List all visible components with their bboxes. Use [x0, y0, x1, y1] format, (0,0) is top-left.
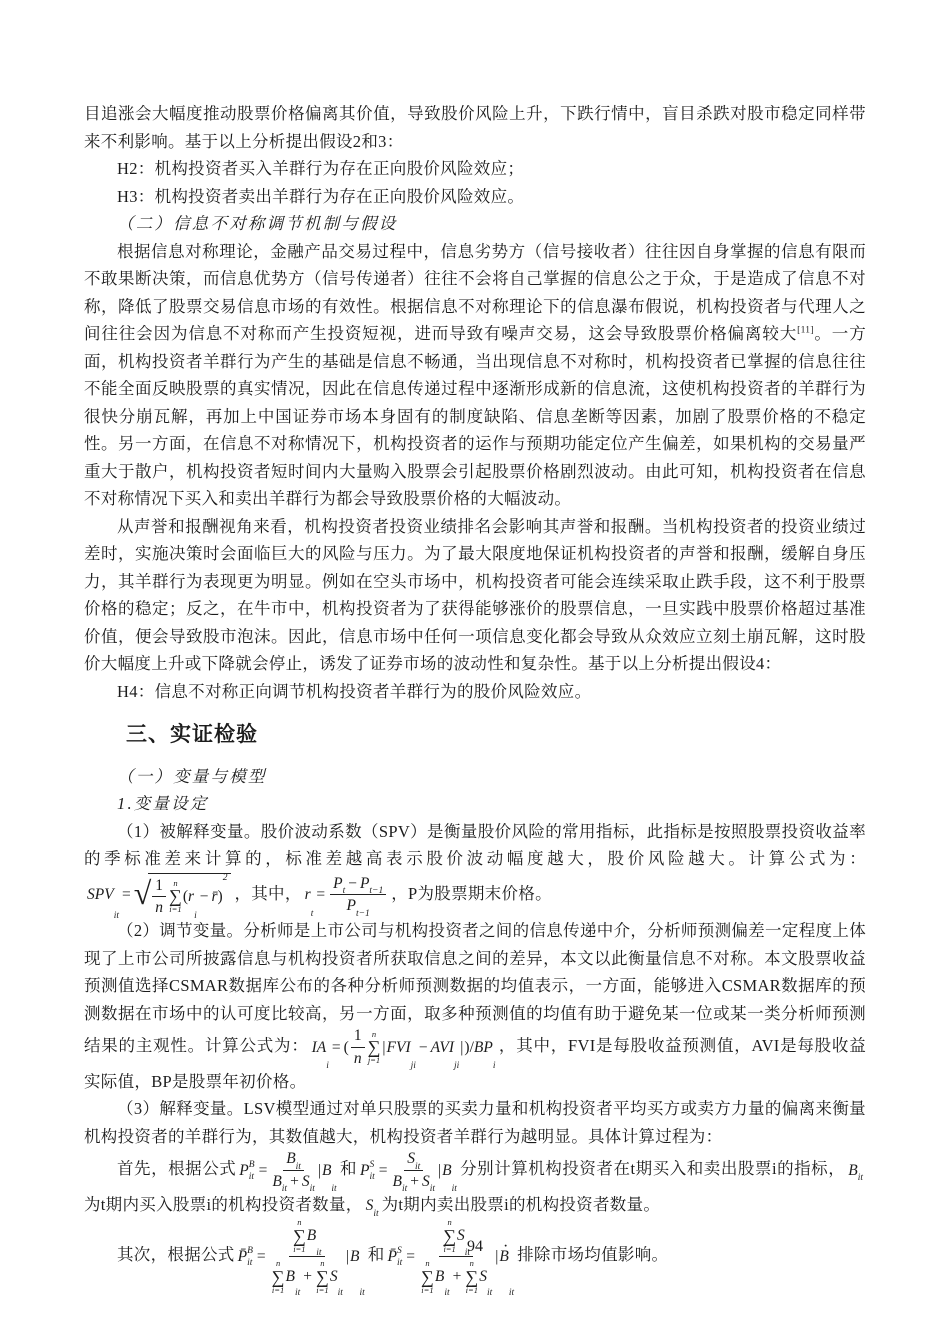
math-subscript: it — [114, 912, 119, 922]
math-var-b: B — [285, 1268, 294, 1286]
math-subscript: it — [509, 1289, 514, 1299]
denominator: n∑i=1Bit+n∑i=1Sit — [420, 1257, 492, 1295]
page-content: 目追涨会大幅度推动股票价格偏离其价值，导致股价风险上升，下跌行情中，盲目杀跌对股… — [84, 100, 866, 1295]
math-subscript: it — [247, 1258, 252, 1269]
minus-sign: − — [416, 1039, 431, 1057]
denominator: n∑i=1Bit+n∑i=1Sit — [271, 1257, 343, 1295]
equals-sign: = — [313, 886, 328, 904]
math-subscript: it — [452, 1185, 457, 1195]
math-var-b: B — [286, 1150, 295, 1168]
math-subscript: it — [430, 1185, 435, 1195]
math-var-r: r — [188, 888, 194, 906]
paragraph-continuation: 目追涨会大幅度推动股票价格偏离其价值，导致股价风险上升，下跌行情中，盲目杀跌对股… — [84, 100, 866, 155]
math-var-p: P — [360, 1162, 369, 1180]
math-subscript: t−1 — [356, 910, 370, 920]
text-run: ，其中， — [234, 884, 301, 903]
summation: n∑i=1 — [169, 879, 182, 915]
sigma-symbol: ∑ — [421, 1269, 434, 1286]
math-subscript: it — [369, 1172, 374, 1183]
sum-lower-limit: i=1 — [272, 1286, 284, 1295]
summation: n∑j=1 — [368, 1030, 381, 1066]
formula-pb-bar: P̄Bit=n∑i=1Bitn∑i=1Bit+n∑i=1Sit|Bit — [238, 1218, 365, 1295]
plus-sign: + — [287, 1173, 302, 1191]
formula-ps: PSit=SitBit+Sit|Bit — [360, 1150, 457, 1191]
plus-sign: + — [450, 1268, 465, 1286]
fraction: n∑i=1Bitn∑i=1Bit+n∑i=1Sit — [271, 1218, 343, 1295]
math-superscript: 2 — [223, 874, 228, 884]
fraction: Pt−Pt−1Pt−1 — [330, 875, 386, 916]
equals-sign: = — [256, 1162, 271, 1180]
math-var-p: P — [347, 897, 356, 915]
text-run: 为t期内买入股票i的机构投资者数量， — [84, 1195, 363, 1214]
math-subscript: it — [310, 1185, 315, 1195]
hypothesis-h4: H4：信息不对称正向调节机构投资者羊群行为的股价风险效应。 — [84, 678, 866, 706]
math-var-s: S — [330, 1268, 338, 1286]
plus-sign: + — [407, 1173, 422, 1191]
paragraph-information-asymmetry: 根据信息对称理论，金融产品交易过程中，信息劣势方（信号接收者）往往因自身掌握的信… — [84, 238, 866, 513]
formula-pb: PBit=BitBit+Sit|Bit — [239, 1150, 336, 1191]
paragraph-explained-variable: （1）被解释变量。股价波动系数（SPV）是衡量股价风险的常用指标，此指标是按照股… — [84, 818, 866, 918]
citation-ref: [11] — [797, 326, 814, 336]
hypothesis-h2: H2：机构投资者买入羊群行为存在正向股价风险效应； — [84, 155, 866, 183]
math-var-s: S — [407, 1150, 415, 1168]
math-subscript: it — [487, 1289, 492, 1299]
math-subscript: it — [858, 1174, 863, 1184]
symbol-sit: Sit — [366, 1197, 379, 1215]
denominator: n — [155, 897, 163, 917]
sigma-symbol: ∑ — [272, 1269, 285, 1286]
math-subscript: it — [282, 1185, 287, 1195]
equals-sign: = — [119, 886, 134, 904]
fraction: SitBit+Sit — [392, 1150, 435, 1191]
math-subscript: it — [249, 1172, 254, 1183]
summation: n∑i=1 — [272, 1259, 285, 1295]
math-subscript: t−1 — [369, 887, 383, 897]
sqrt-symbol: √ — [134, 879, 152, 908]
sigma-symbol: ∑ — [465, 1269, 478, 1286]
sum-lower-limit: i=1 — [316, 1286, 328, 1295]
numerator: Bit — [283, 1150, 304, 1171]
paren: ( — [344, 1039, 349, 1057]
math-subscript: it — [359, 1289, 364, 1299]
math-subscript: it — [338, 1289, 343, 1299]
paragraph-lsv-step2: 其次，根据公式P̄Bit=n∑i=1Bitn∑i=1Bit+n∑i=1Sit|B… — [84, 1218, 866, 1295]
subsection-heading-2: （二）信息不对称调节机制与假设 — [84, 210, 866, 238]
paren: ) — [218, 888, 223, 906]
math-subscript: ji — [454, 1062, 459, 1072]
denominator: Bit+Sit — [272, 1171, 315, 1191]
math-subscript: it — [402, 1185, 407, 1195]
math-subscript: i — [493, 1062, 496, 1072]
denominator: Pt−1 — [347, 895, 370, 915]
formula-ia: IAi=(1nn∑j=1|FVIji−AVIji|)/BPi — [312, 1027, 496, 1068]
paragraph-lsv-step1: 首先，根据公式PBit=BitBit+Sit|Bit和PSit=SitBit+S… — [84, 1150, 866, 1218]
text-run: （1）被解释变量。股价波动系数（SPV）是衡量股价风险的常用指标，此指标是按照股… — [84, 822, 866, 869]
paragraph-explanatory-variable: （3）解释变量。LSV模型通过对单只股票的买卖力量和机构投资者平均买方或卖方力量… — [84, 1095, 866, 1150]
math-subscript: it — [373, 1210, 378, 1220]
plus-sign: + — [300, 1268, 315, 1286]
math-subscript: it — [296, 1163, 301, 1173]
math-var-s: S — [479, 1268, 487, 1286]
math-subscript: it — [415, 1163, 420, 1173]
subsection-heading-variables-models: （一）变量与模型 — [84, 763, 866, 791]
math-var-p: P — [360, 875, 369, 893]
math-var-avi: AVI — [431, 1039, 454, 1057]
fraction: 1n — [351, 1027, 365, 1068]
math-subscript: it — [444, 1289, 449, 1299]
text-run: ，P为股票期末价格。 — [391, 884, 552, 903]
page-number-dot: · — [493, 1238, 518, 1255]
denominator: n — [354, 1048, 362, 1068]
text-run: 首先，根据公式 — [117, 1159, 236, 1178]
sigma-symbol: ∑ — [169, 888, 182, 905]
fraction: n∑i=1Sitn∑i=1Bit+n∑i=1Sit — [420, 1218, 492, 1295]
formula-ps-bar: P̄Sit=n∑i=1Sitn∑i=1Bit+n∑i=1Sit|Bit — [388, 1218, 515, 1295]
equals-sign: = — [329, 1039, 344, 1057]
math-superscript: S — [369, 1160, 374, 1171]
math-subscript: t — [311, 910, 314, 920]
section-heading-empirical-test: 三、实证检验 — [84, 721, 866, 749]
math-var-p: P — [239, 1162, 248, 1180]
math-subscript: i — [326, 1062, 329, 1072]
fraction: 1n — [152, 877, 166, 918]
math-var-b: B — [442, 1162, 451, 1180]
math-var-b: B — [272, 1173, 281, 1191]
supsub-stack: Sit — [369, 1160, 374, 1183]
summation: n∑i=1 — [465, 1259, 478, 1295]
numerator: Pt−Pt−1 — [330, 875, 386, 896]
numerator: 1 — [351, 1027, 365, 1048]
summation: n∑i=1 — [421, 1259, 434, 1295]
math-var-b: B — [848, 1162, 857, 1180]
paragraph-reputation: 从声誉和报酬视角来看，机构投资者投资业绩排名会影响其声誉和报酬。当机构投资者的投… — [84, 513, 866, 678]
math-var-s: S — [302, 1173, 310, 1191]
supsub-stack: Bit — [249, 1160, 255, 1183]
symbol-bit: Bit — [848, 1162, 863, 1180]
math-var-b: B — [435, 1268, 444, 1286]
hypothesis-h3: H3：机构投资者卖出羊群行为存在正向股价风险效应。 — [84, 183, 866, 211]
math-subscript: i — [194, 912, 197, 922]
page-number: ·94· — [0, 1238, 950, 1256]
math-var-b: B — [392, 1173, 401, 1191]
sigma-symbol: ∑ — [316, 1269, 329, 1286]
text-run: 和 — [340, 1159, 357, 1178]
sum-lower-limit: j=1 — [368, 1056, 380, 1065]
formula-spv: SPVit=√1nn∑i=1(ri−r̄)2 — [87, 873, 231, 918]
sum-lower-limit: i=1 — [169, 905, 181, 914]
minus-sign: − — [345, 875, 360, 893]
math-var-fvi: FVI — [387, 1039, 411, 1057]
denominator: Bit+Sit — [392, 1171, 435, 1191]
text-run: 根据信息对称理论，金融产品交易过程中，信息劣势方（信号接收者）往往因自身掌握的信… — [84, 242, 866, 344]
math-var-bp: BP — [474, 1039, 493, 1057]
numerator: Sit — [404, 1150, 423, 1171]
page-number-value: 94 — [457, 1238, 493, 1255]
math-var-s: S — [422, 1173, 430, 1191]
math-superscript: B — [249, 1160, 255, 1171]
text-run: 分别计算机构投资者在t期买入和卖出股票i的指标， — [460, 1159, 845, 1178]
sigma-symbol: ∑ — [368, 1039, 381, 1056]
equals-sign: = — [376, 1162, 391, 1180]
math-var-r: r — [305, 886, 311, 904]
math-var-ia: IA — [312, 1039, 327, 1057]
formula-return: rt=Pt−Pt−1Pt−1 — [305, 875, 389, 916]
text-run: 。一方面，机构投资者羊群行为产生的基础是信息不畅通，当出现信息不对称时，机构投资… — [84, 324, 866, 508]
fraction: BitBit+Sit — [272, 1150, 315, 1191]
minus-sign: − — [197, 888, 212, 906]
math-subscript: it — [331, 1185, 336, 1195]
text-run: 为t期内卖出股票i的机构投资者数量。 — [382, 1195, 661, 1214]
math-var-p: P — [333, 875, 342, 893]
sum-lower-limit: i=1 — [466, 1286, 478, 1295]
numerator: 1 — [152, 877, 166, 898]
subsection-heading-variable-setting: 1.变量设定 — [84, 790, 866, 818]
summation: n∑i=1 — [316, 1259, 329, 1295]
math-var-s: S — [366, 1197, 374, 1215]
math-subscript: it — [397, 1258, 402, 1269]
math-subscript: t — [343, 887, 346, 897]
document-page: 目追涨会大幅度推动股票价格偏离其价值，导致股价风险上升，下跌行情中，盲目杀跌对股… — [0, 0, 950, 1344]
math-var-spv: SPV — [87, 886, 114, 904]
math-subscript: it — [295, 1289, 300, 1299]
radicand: 1nn∑i=1(ri−r̄)2 — [148, 873, 231, 918]
page-number-dot: · — [432, 1238, 457, 1255]
math-var-b: B — [322, 1162, 331, 1180]
paragraph-moderating-variable: （2）调节变量。分析师是上市公司与机构投资者之间的信息传递中介，分析师预测偏差一… — [84, 917, 866, 1095]
math-subscript: ji — [411, 1062, 416, 1072]
sum-lower-limit: i=1 — [421, 1286, 433, 1295]
